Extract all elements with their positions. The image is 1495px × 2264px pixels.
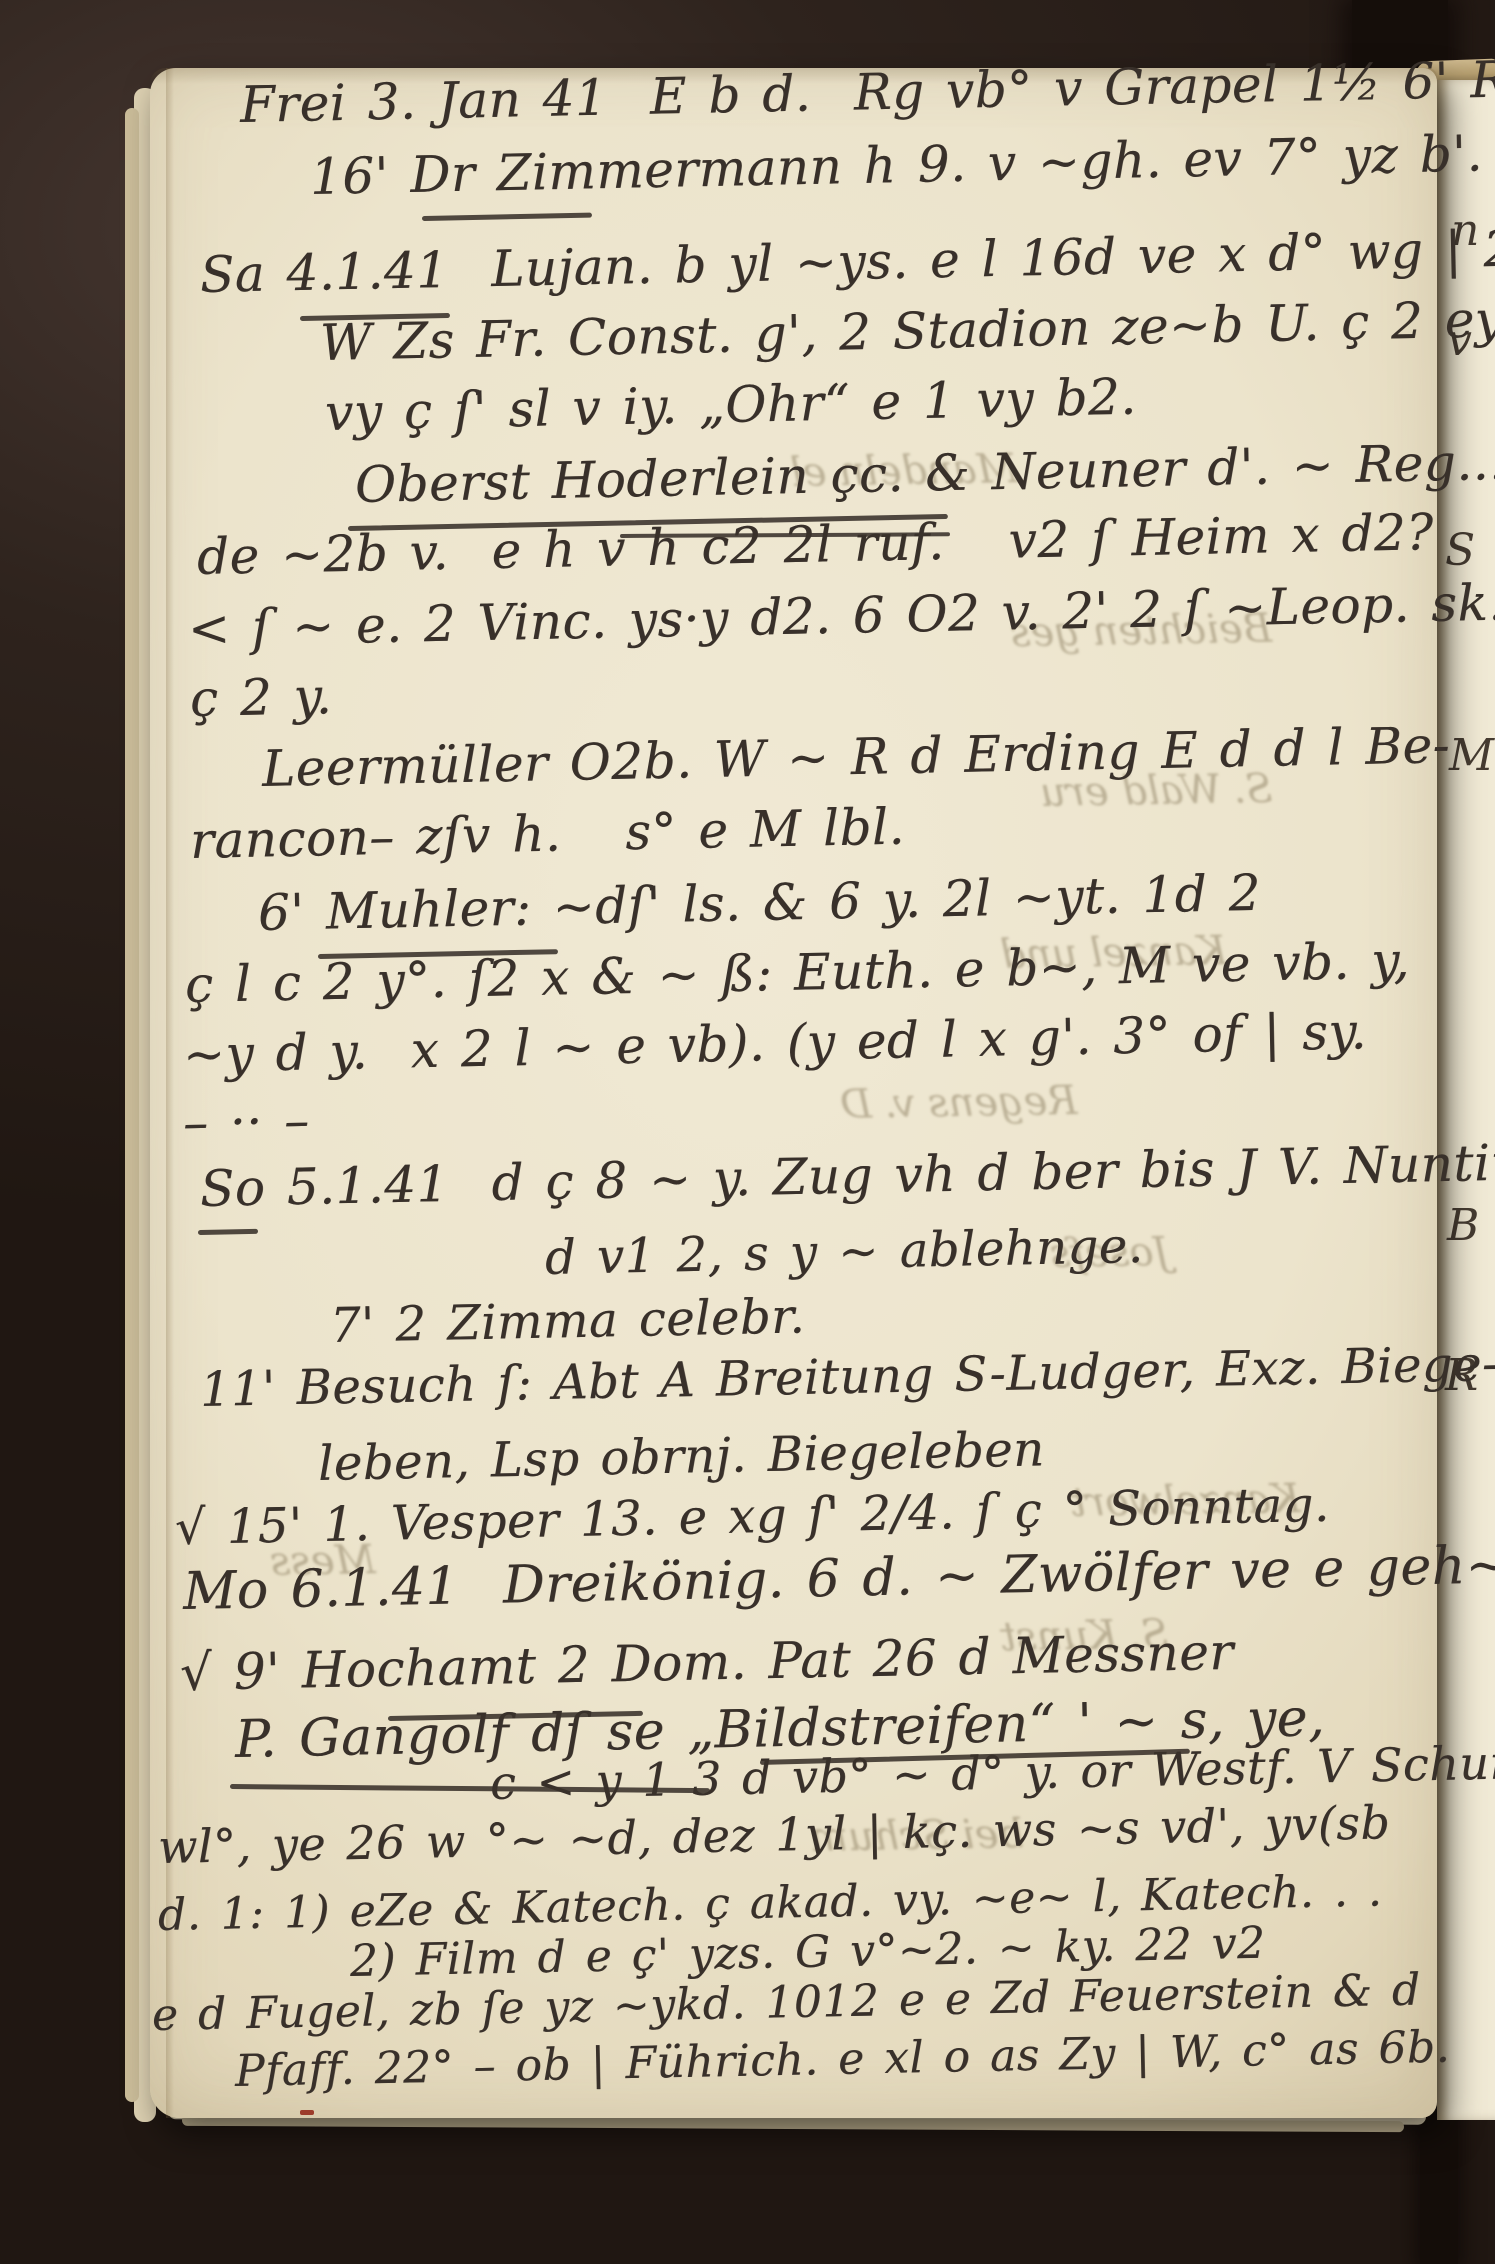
diary-line: 7' 2 Zimma celebr. <box>330 1292 806 1350</box>
diary-line: vy ç ſ' sl v iy. „Ohr“ e 1 vy b2. <box>324 372 1137 438</box>
diary-line: rancon– zſv h. s° e M lbl. <box>189 802 905 866</box>
diary-line: d v1 2, s y ~ ablehnge. <box>545 1222 1144 1282</box>
diary-page: Mandeln el Beichten ges S. Wald eru Kanz… <box>150 68 1437 2118</box>
diary-line: 6' Muhler: ~dſ' ls. & 6 y. 2l ~yt. 1d 2 <box>257 868 1261 938</box>
diary-line: leben, Lsp obrnj. Biegeleben <box>318 1425 1045 1488</box>
diary-line: Sa 4.1.41 Lujan. b yl ~ys. e l 16d ve x … <box>199 222 1495 300</box>
page-left-crease <box>166 68 174 2118</box>
diary-line: Pfaff. 22° – ob | Führich. e xl o as Zy … <box>235 2026 1451 2094</box>
underline-so5 <box>198 1229 258 1235</box>
red-speck <box>300 2110 314 2115</box>
diary-line: – ·· – <box>182 1095 310 1148</box>
diary-line: ~y d y. x 2 l ~ e vb). (y ed l x g'. 3° … <box>182 1006 1367 1080</box>
diary-line: Frei 3. Jan 41 E b d. Rg vb° v Grapel 1½… <box>239 51 1495 130</box>
facing-page-text-fragment: M <box>1449 730 1494 781</box>
diary-line: W Zs Fr. Const. g', 2 Stadion ze~b U. ç … <box>319 292 1495 368</box>
diary-line: √ 9' Hochamt 2 Dom. Pat 26 d Messner <box>179 1627 1234 1698</box>
diary-line: Oberst Hoderlein çc. & Neuner d'. ~ Reg.… <box>354 434 1495 510</box>
bleedthrough-text: Regens v. D <box>840 1078 1078 1128</box>
facing-page-text-fragment: B <box>1447 1200 1479 1251</box>
diary-line: ç 2 y. <box>189 671 332 724</box>
diary-line: So 5.1.41 d ç 8 ~ y. Zug vh d ber bis J … <box>199 1137 1495 1214</box>
under-page-edge-left-2 <box>125 108 139 2102</box>
facing-page-sliver: n v S M B R <box>1437 80 1495 2120</box>
underline-zimmermann <box>422 213 592 221</box>
diary-line: wl°, ye 26 w °~ ~d, dez 1yl | kç. ws ~s … <box>158 1799 1391 1870</box>
diary-line: 16' Dr Zimmermann h 9. v ~gh. ev 7° yz b… <box>309 128 1483 202</box>
facing-page-text-fragment: S <box>1445 525 1475 576</box>
diary-line: < ſ ~ e. 2 Vinc. ys·y d2. 6 O2 v. 2' 2 ſ… <box>187 576 1495 654</box>
diary-line: √ 15' 1. Vesper 13. e xg ſ' 2/4. ſ ç ° S… <box>175 1481 1331 1552</box>
diary-line: ç l c 2 y°. ſ2 x & ~ ß: Euth. e b~, M ve… <box>184 935 1410 1010</box>
